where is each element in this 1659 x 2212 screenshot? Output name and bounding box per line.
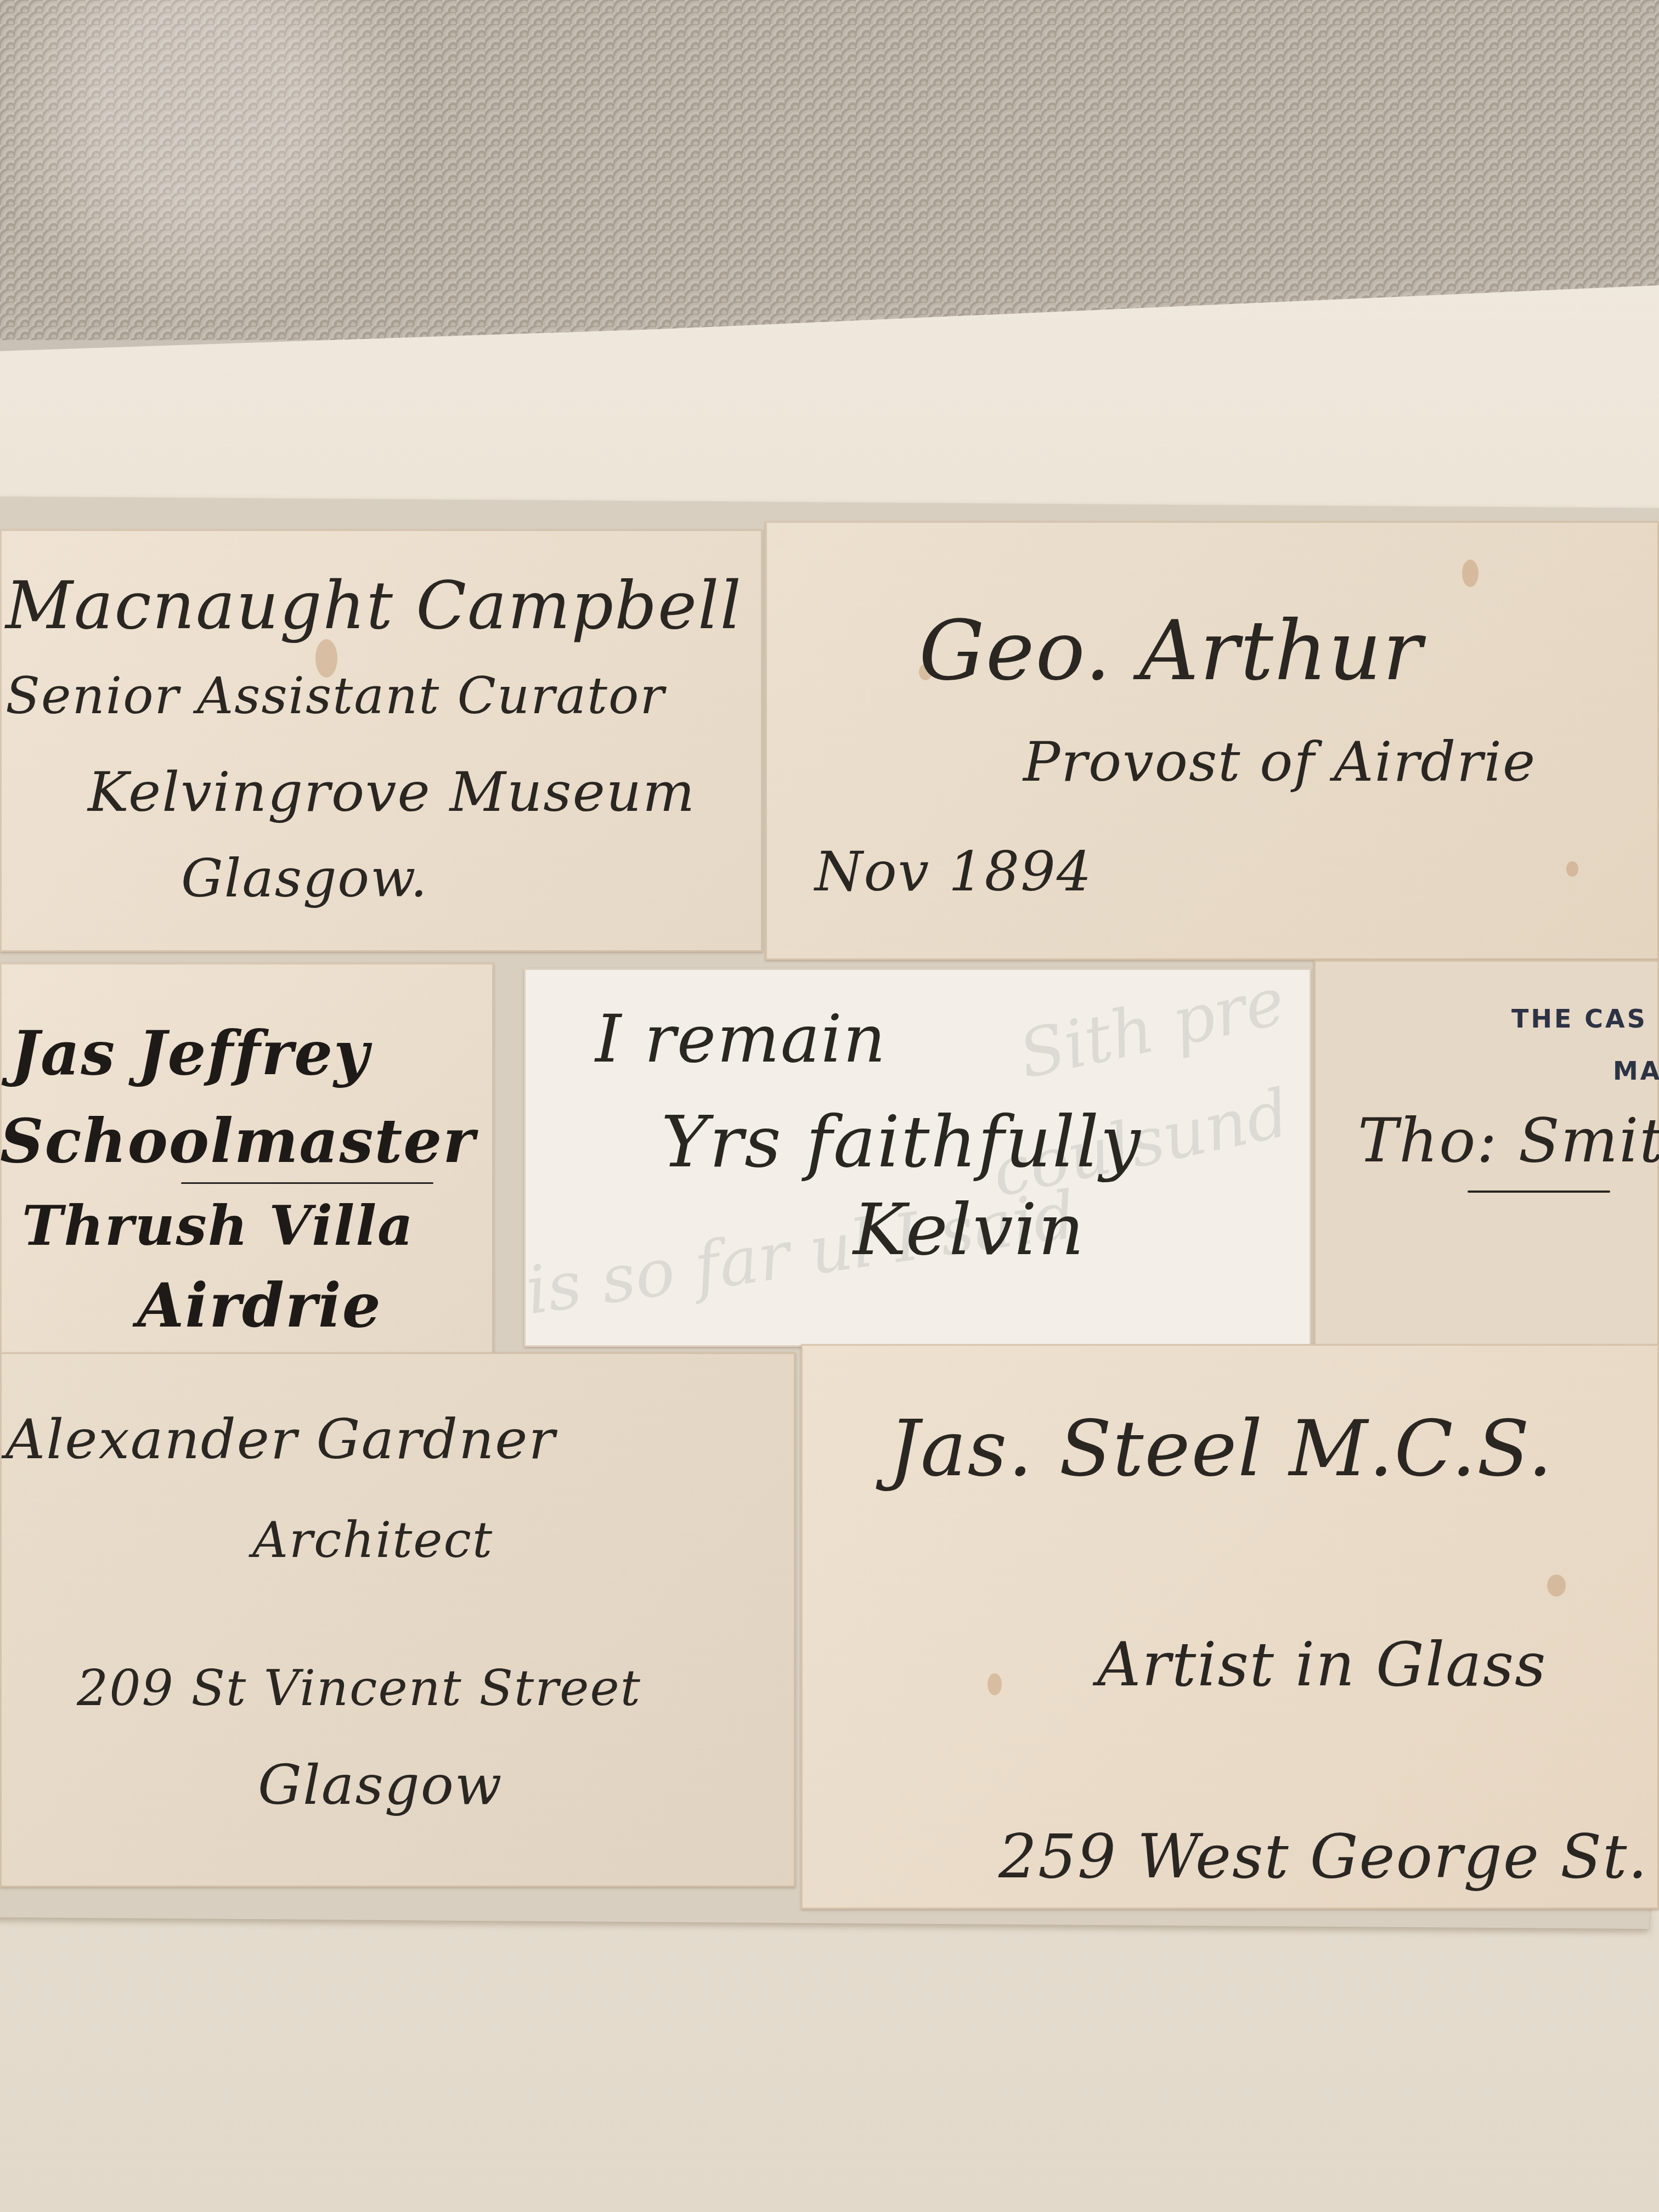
card-title: Architect	[252, 1511, 493, 1569]
card-title: Schoolmaster	[0, 1105, 476, 1176]
autograph-card-jas-steel: Jas. Steel M.C.S. Artist in Glass 259 We…	[801, 1344, 1659, 1909]
card-name: Geo. Arthur	[919, 603, 1423, 699]
stain	[988, 1673, 1002, 1695]
card-closing: I remain	[595, 1001, 887, 1077]
autograph-card-alexander-gardner: Alexander Gardner Architect 209 St Vince…	[0, 1352, 795, 1887]
card-address: 209 St Vincent Street	[77, 1660, 641, 1717]
card-signature: Kelvin	[853, 1188, 1085, 1271]
card-address: 259 West George St.	[998, 1821, 1649, 1892]
autograph-card-jas-jeffrey: Jas Jeffrey Schoolmaster Thrush Villa Ai…	[0, 963, 494, 1358]
card-name: Macnaught Campbell	[5, 568, 742, 644]
card-place: Kelvingrove Museum	[88, 760, 696, 824]
printed-header-line2: MA	[1613, 1056, 1659, 1086]
card-name: Jas. Steel M.C.S.	[889, 1404, 1554, 1494]
card-house: Thrush Villa	[22, 1193, 414, 1258]
card-city: Glasgow	[258, 1753, 503, 1817]
autograph-card-kelvin: Sith pre coulsund is so far ul I said I …	[524, 968, 1311, 1347]
autograph-card-tho-smith: THE CAS MA Tho: Smith	[1314, 960, 1659, 1350]
autograph-card-geo-arthur: Geo. Arthur Provost of Airdrie Nov 1894	[765, 521, 1659, 960]
card-city: Glasgow.	[181, 848, 428, 909]
card-date: Nov 1894	[815, 839, 1092, 904]
stain	[1547, 1575, 1566, 1596]
card-title: Senior Assistant Curator	[5, 667, 665, 725]
card-name: Jas Jeffrey	[11, 1018, 370, 1088]
card-title: Provost of Airdrie	[1023, 730, 1536, 794]
card-town: Airdrie	[137, 1270, 382, 1341]
stain	[1462, 560, 1479, 587]
autograph-card-macnaught-campbell: Macnaught Campbell Senior Assistant Cura…	[0, 529, 763, 952]
flourish-line	[181, 1182, 433, 1184]
printed-header-line1: THE CAS	[1511, 1004, 1647, 1034]
card-valediction: Yrs faithfully	[661, 1100, 1142, 1183]
show-through-text: Sith pre	[1013, 968, 1291, 1093]
signature-flourish	[1468, 1190, 1610, 1193]
card-name: Alexander Gardner	[5, 1407, 556, 1471]
card-signature: Tho: Smith	[1358, 1105, 1659, 1176]
stain	[1566, 861, 1578, 877]
carpet-background	[0, 0, 1659, 340]
card-title: Artist in Glass	[1097, 1629, 1547, 1700]
